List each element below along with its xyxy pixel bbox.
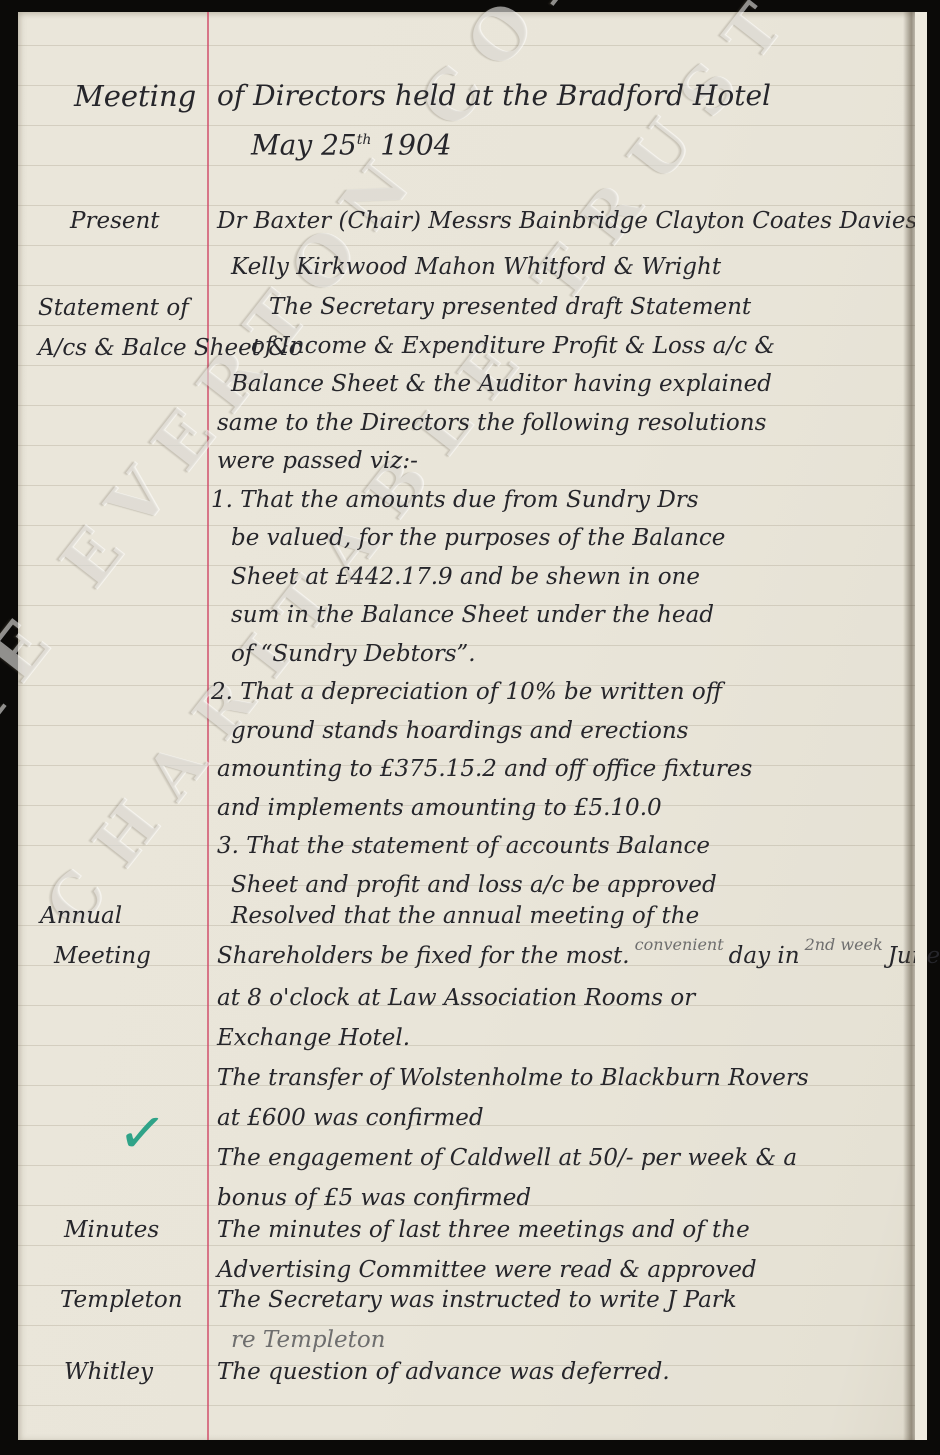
section-present: Present Dr Baxter (Chair) Messrs Bainbri… xyxy=(18,198,927,290)
minute-line: were passed viz:- xyxy=(207,442,907,481)
attendees-line-1: Dr Baxter (Chair) Messrs Bainbridge Clay… xyxy=(207,198,917,244)
annual-meeting-body: Resolved that the annual meeting of the … xyxy=(207,896,940,1218)
section-annual-meeting: Annual Meeting Resolved that the annual … xyxy=(18,896,927,1218)
amended-text-mid: day in xyxy=(729,943,800,969)
resolution-1-line: 1. That the amounts due from Sundry Drs xyxy=(207,481,907,520)
margin-label-meeting: Meeting xyxy=(18,74,207,167)
section-statement: Statement of A/cs & Balce Sheet &c The S… xyxy=(18,288,927,904)
margin-annual-line-2: Meeting xyxy=(40,936,207,976)
statement-body: The Secretary presented draft Statement … xyxy=(207,288,927,904)
attendees-line-2: Kelly Kirkwood Mahon Whitford & Wright xyxy=(207,244,917,290)
green-checkmark-annotation: ✓ xyxy=(115,1102,169,1165)
margin-label-statement: Statement of A/cs & Balce Sheet &c xyxy=(18,288,207,904)
binding-crease xyxy=(903,12,915,1440)
margin-label-templeton: Templeton xyxy=(18,1280,207,1360)
date-year: 1904 xyxy=(371,128,451,161)
resolution-1-line: sum in the Balance Sheet under the head xyxy=(207,596,907,635)
annual-resolution-line: Resolved that the annual meeting of the xyxy=(207,896,940,936)
annual-resolution-line: at 8 o'clock at Law Association Rooms or xyxy=(207,978,940,1018)
resolution-1-line: Sheet at £442.17.9 and be shewn in one xyxy=(207,558,907,597)
minute-line: of Income & Expenditure Profit & Loss a/… xyxy=(207,327,907,366)
section-whitley: Whitley The question of advance was defe… xyxy=(18,1352,927,1392)
section-heading: Meeting of Directors held at the Bradfor… xyxy=(18,74,927,167)
heading-body: of Directors held at the Bradford Hotel … xyxy=(207,74,927,167)
minutes-body: The minutes of last three meetings and o… xyxy=(207,1210,927,1290)
resolution-3-line: 3. That the statement of accounts Balanc… xyxy=(207,827,907,866)
resolution-2-line: 2. That a depreciation of 10% be written… xyxy=(207,673,907,712)
insertion-2nd-week: 2nd week xyxy=(805,935,883,954)
next-page-edge xyxy=(915,12,927,1440)
minute-line: The Secretary presented draft Statement xyxy=(207,288,907,327)
margin-label-present: Present xyxy=(18,198,207,290)
resolution-2-line: amounting to £375.15.2 and off office fi… xyxy=(207,750,907,789)
annual-resolution-line: Exchange Hotel. xyxy=(207,1018,940,1058)
resolution-1-line: be valued, for the purposes of the Balan… xyxy=(207,519,907,558)
margin-statement-line-2: A/cs & Balce Sheet &c xyxy=(38,328,207,368)
minutes-line-1: The minutes of last three meetings and o… xyxy=(207,1210,907,1250)
date-day: May 25 xyxy=(251,128,357,161)
section-templeton: Templeton The Secretary was instructed t… xyxy=(18,1280,927,1360)
margin-annual-line-1: Annual xyxy=(40,896,207,936)
annual-resolution-line-amended: Shareholders be fixed for the most.conve… xyxy=(207,936,940,978)
transfer-line: The transfer of Wolstenholme to Blackbur… xyxy=(207,1058,940,1098)
templeton-body: The Secretary was instructed to write J … xyxy=(207,1280,927,1360)
margin-label-whitley: Whitley xyxy=(18,1352,207,1392)
templeton-line-1: The Secretary was instructed to write J … xyxy=(207,1280,907,1320)
margin-label-annual-meeting: Annual Meeting xyxy=(18,896,207,1218)
ledger-page: THE EVERTON COLLECTION CHARITABLE TRUST … xyxy=(18,12,927,1440)
present-body: Dr Baxter (Chair) Messrs Bainbridge Clay… xyxy=(207,198,937,290)
engagement-line: The engagement of Caldwell at 50/- per w… xyxy=(207,1138,940,1178)
insertion-convenient: convenient xyxy=(635,935,724,954)
resolution-2-line: and implements amounting to £5.10.0 xyxy=(207,789,907,828)
heading-line: of Directors held at the Bradford Hotel xyxy=(207,74,907,118)
date-ordinal: th xyxy=(357,132,372,148)
amended-text-pre: Shareholders be fixed for the most. xyxy=(217,943,630,969)
whitley-line-1: The question of advance was deferred. xyxy=(207,1352,907,1392)
scanned-minute-book-page: { "scan": { "check_symbol": "✓", "ink_co… xyxy=(0,0,940,1455)
margin-statement-line-1: Statement of xyxy=(38,288,207,328)
minute-line: same to the Directors the following reso… xyxy=(207,404,907,443)
resolution-1-line: of “Sundry Debtors”. xyxy=(207,635,907,674)
resolution-2-line: ground stands hoardings and erections xyxy=(207,712,907,751)
minute-line: Balance Sheet & the Auditor having expla… xyxy=(207,365,907,404)
heading-date-line: May 25th 1904 xyxy=(207,118,907,167)
whitley-body: The question of advance was deferred. xyxy=(207,1352,927,1392)
margin-label-minutes: Minutes xyxy=(18,1210,207,1290)
section-minutes: Minutes The minutes of last three meetin… xyxy=(18,1210,927,1290)
transfer-line: at £600 was confirmed xyxy=(207,1098,940,1138)
